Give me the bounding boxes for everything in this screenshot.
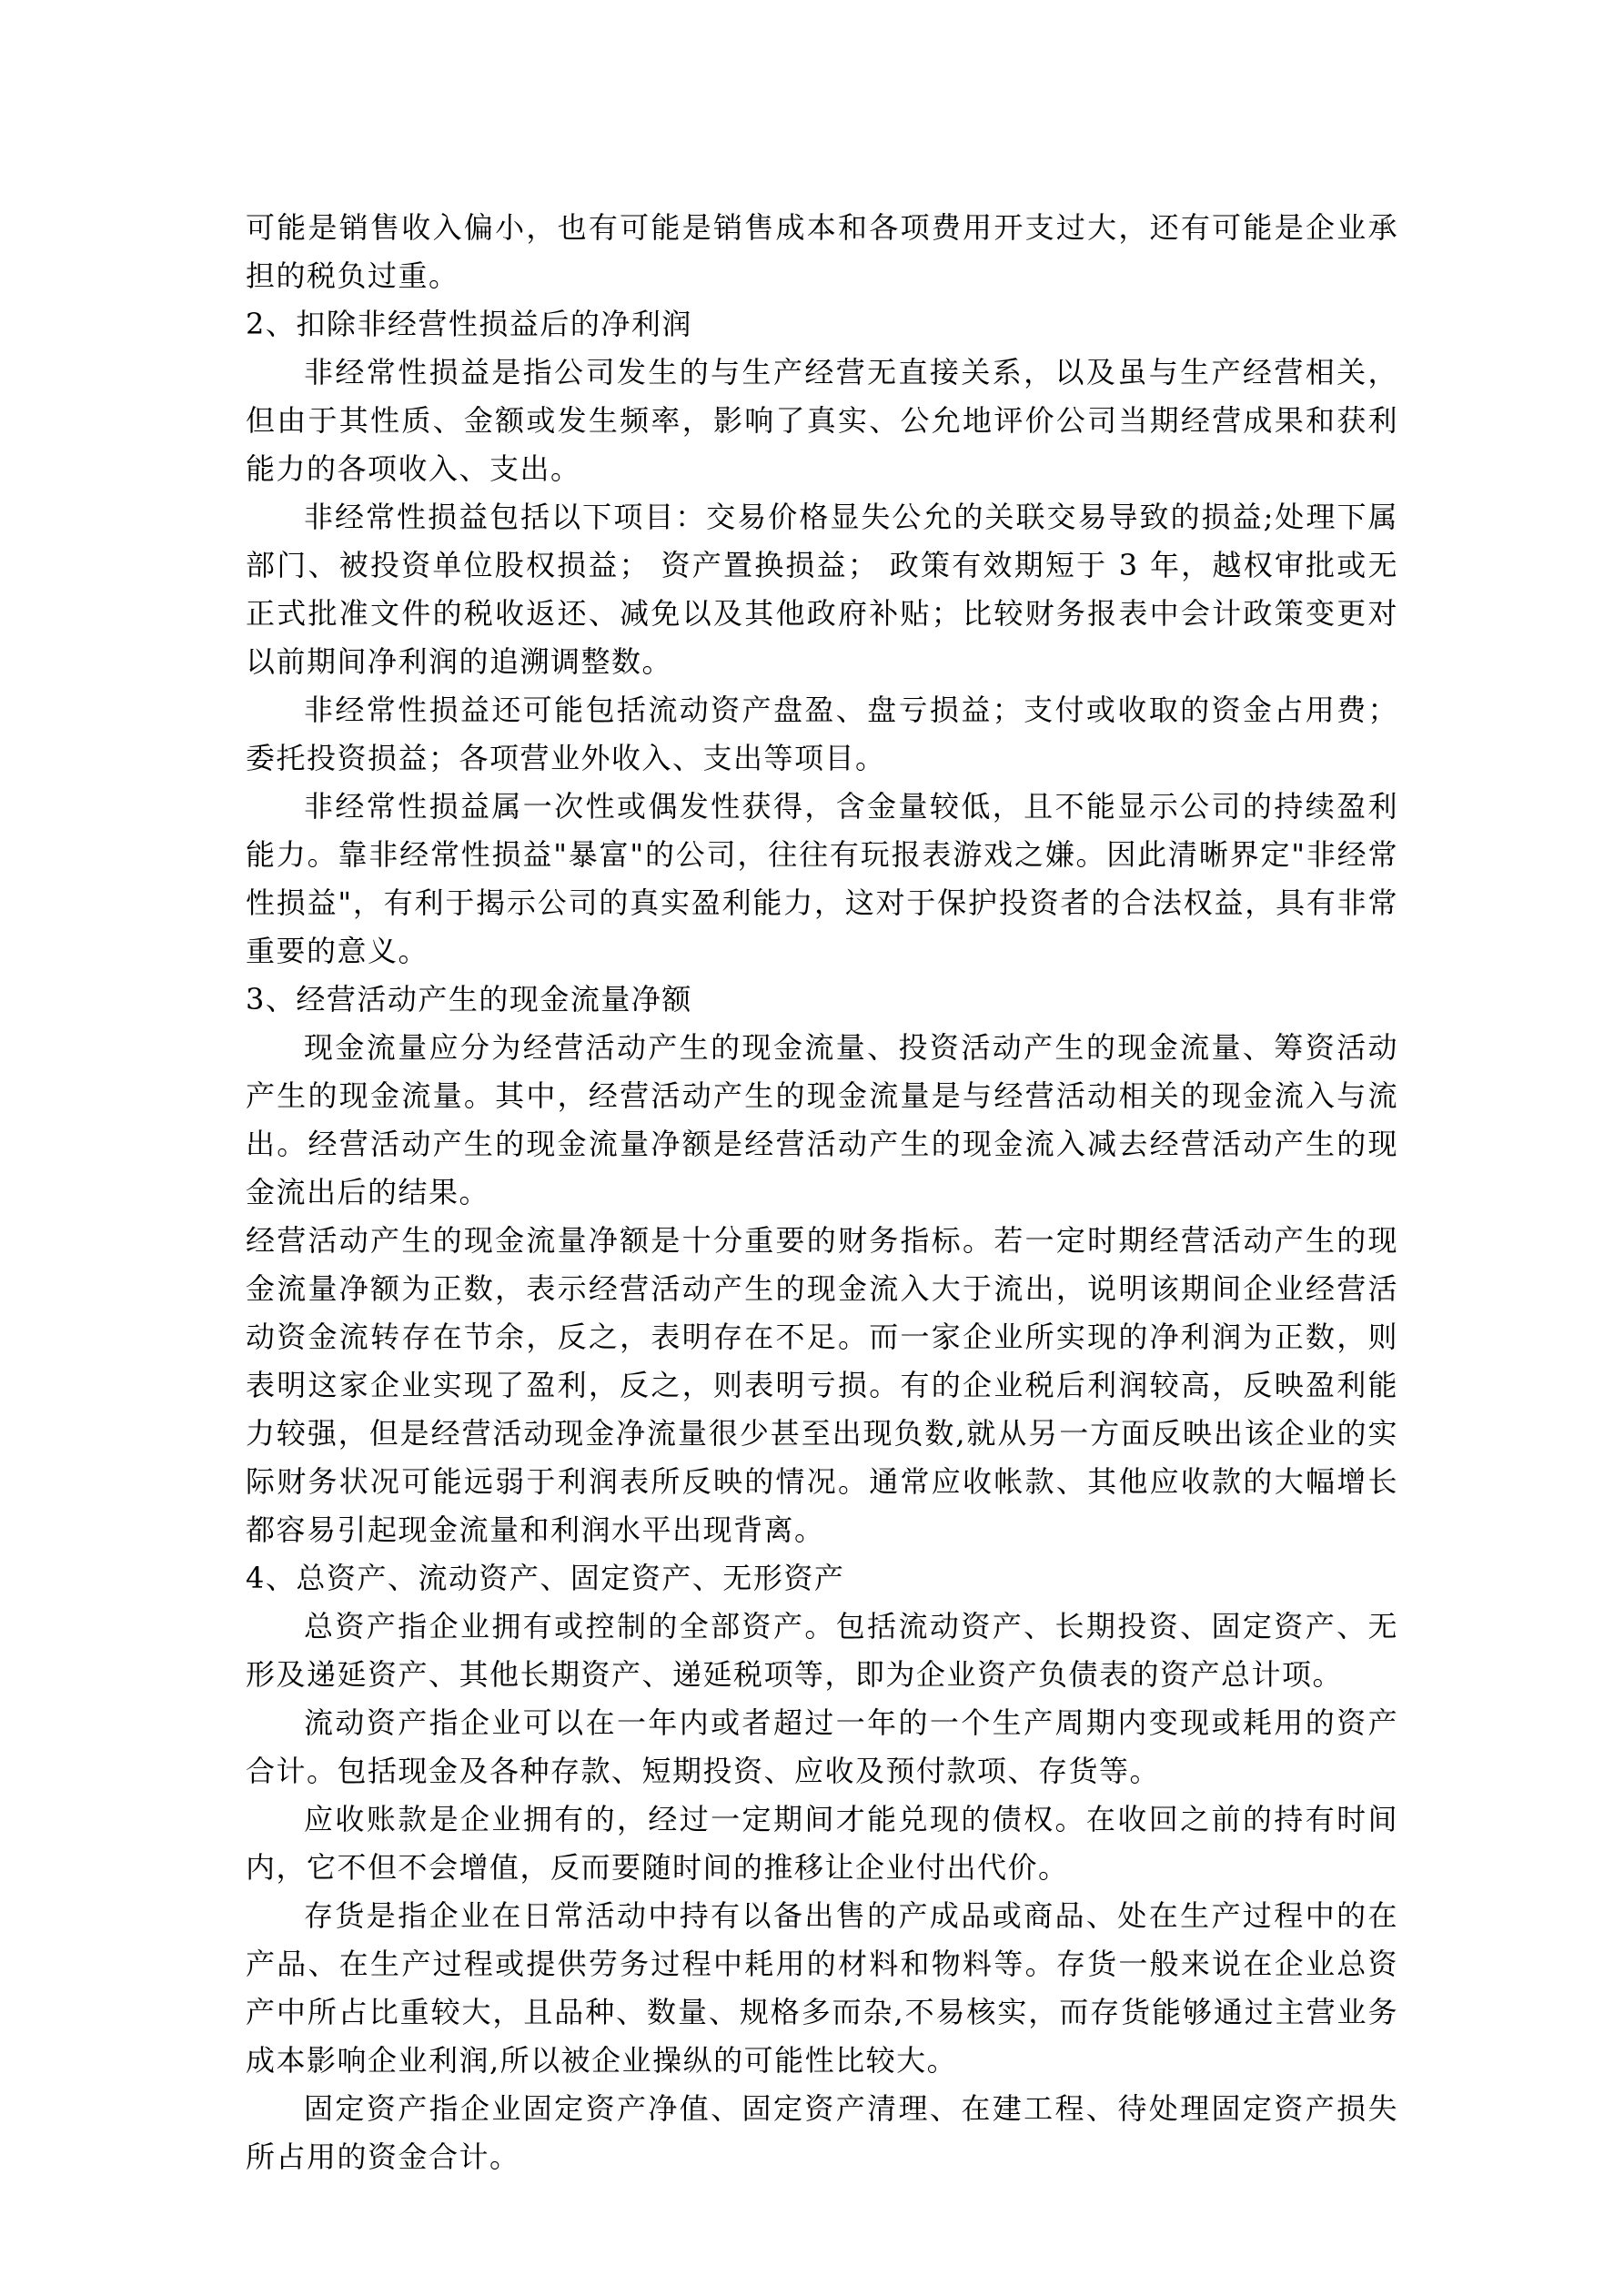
document-page: 可能是销售收入偏小，也有可能是销售成本和各项费用开支过大，还有可能是企业承担的税… xyxy=(0,0,1624,2296)
paragraph-cash-flow-categories: 现金流量应分为经营活动产生的现金流量、投资活动产生的现金流量、筹资活动产生的现金… xyxy=(246,1024,1398,1217)
paragraph-accounts-receivable: 应收账款是企业拥有的，经过一定期间才能兑现的债权。在收回之前的持有时间内，它不但… xyxy=(246,1795,1398,1892)
document-text-block: 可能是销售收入偏小，也有可能是销售成本和各项费用开支过大，还有可能是企业承担的税… xyxy=(246,204,1398,2181)
section-heading-2-net-profit-excl-nonrecurring: 2、扣除非经营性损益后的净利润 xyxy=(246,300,1398,349)
paragraph-total-assets: 总资产指企业拥有或控制的全部资产。包括流动资产、长期投资、固定资产、无形及递延资… xyxy=(246,1603,1398,1699)
paragraph-tax-burden-continued: 可能是销售收入偏小，也有可能是销售成本和各项费用开支过大，还有可能是企业承担的税… xyxy=(246,204,1398,300)
paragraph-nonrecurring-definition: 非经常性损益是指公司发生的与生产经营无直接关系，以及虽与生产经营相关，但由于其性… xyxy=(246,349,1398,493)
section-heading-3-operating-cash-flow: 3、经营活动产生的现金流量净额 xyxy=(246,976,1398,1024)
paragraph-inventory: 存货是指企业在日常活动中持有以备出售的产成品或商品、处在生产过程中的在产品、在生… xyxy=(246,1892,1398,2085)
section-heading-4-assets: 4、总资产、流动资产、固定资产、无形资产 xyxy=(246,1554,1398,1603)
paragraph-nonrecurring-items: 非经常性损益包括以下项目：交易价格显失公允的关联交易导致的损益;处理下属部门、被… xyxy=(246,493,1398,686)
paragraph-cash-flow-importance: 经营活动产生的现金流量净额是十分重要的财务指标。若一定时期经营活动产生的现金流量… xyxy=(246,1217,1398,1554)
paragraph-nonrecurring-significance: 非经常性损益属一次性或偶发性获得，含金量较低，且不能显示公司的持续盈利能力。靠非… xyxy=(246,783,1398,976)
paragraph-nonrecurring-more-items: 非经常性损益还可能包括流动资产盘盈、盘亏损益；支付或收取的资金占用费；委托投资损… xyxy=(246,686,1398,783)
paragraph-current-assets: 流动资产指企业可以在一年内或者超过一年的一个生产周期内变现或耗用的资产合计。包括… xyxy=(246,1699,1398,1795)
paragraph-fixed-assets: 固定资产指企业固定资产净值、固定资产清理、在建工程、待处理固定资产损失所占用的资… xyxy=(246,2085,1398,2181)
